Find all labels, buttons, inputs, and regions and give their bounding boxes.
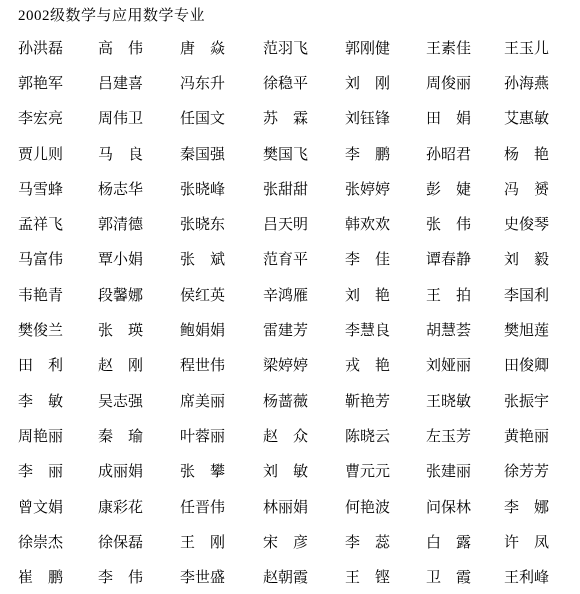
student-name: 宋 彦 <box>263 535 345 551</box>
student-name: 马 良 <box>98 147 180 163</box>
student-name: 王 拍 <box>426 288 504 304</box>
student-name: 李 鹏 <box>345 147 426 163</box>
student-name: 白 露 <box>426 535 504 551</box>
student-name: 张婷婷 <box>345 182 426 198</box>
student-name: 田 利 <box>18 358 98 374</box>
name-row: 李宏亮周伟卫任国文苏 霖刘钰锋田 娟艾惠敏 <box>18 102 580 137</box>
student-name: 彭 婕 <box>426 182 504 198</box>
student-name: 辛鸿雁 <box>263 288 345 304</box>
student-name: 王 刚 <box>180 535 263 551</box>
student-name: 问保林 <box>426 500 504 516</box>
student-name: 李 蕊 <box>345 535 426 551</box>
student-name: 杨 艳 <box>504 147 564 163</box>
student-name: 张甜甜 <box>263 182 345 198</box>
name-row: 孟祥飞郭清德张晓东吕天明韩欢欢张 伟史俊琴 <box>18 207 580 242</box>
student-name: 高 伟 <box>98 41 180 57</box>
student-name: 张 伟 <box>426 217 504 233</box>
student-name: 冯 赟 <box>504 182 564 198</box>
student-name: 任国文 <box>180 111 263 127</box>
student-name: 马雪蜂 <box>18 182 98 198</box>
student-name: 吕建喜 <box>98 76 180 92</box>
student-name: 范育平 <box>263 252 345 268</box>
student-name: 覃小娟 <box>98 252 180 268</box>
student-name: 李世盛 <box>180 570 263 586</box>
student-name: 韩欢欢 <box>345 217 426 233</box>
student-name: 郭艳军 <box>18 76 98 92</box>
student-name: 雷建芳 <box>263 323 345 339</box>
student-name: 李国利 <box>504 288 564 304</box>
student-name: 鲍娟娟 <box>180 323 263 339</box>
student-name: 李 丽 <box>18 464 98 480</box>
student-name: 杨蔷薇 <box>263 394 345 410</box>
student-name: 刘娅丽 <box>426 358 504 374</box>
student-name: 徐保磊 <box>98 535 180 551</box>
student-name: 许 凤 <box>504 535 564 551</box>
student-name: 刘 毅 <box>504 252 564 268</box>
student-name: 艾惠敏 <box>504 111 564 127</box>
student-name: 王利峰 <box>504 570 564 586</box>
student-name: 林丽娟 <box>263 500 345 516</box>
name-row: 韦艳青段馨娜侯红英辛鸿雁刘 艳王 拍李国利 <box>18 278 580 313</box>
student-name: 孟祥飞 <box>18 217 98 233</box>
student-name: 康彩花 <box>98 500 180 516</box>
student-name: 靳艳芳 <box>345 394 426 410</box>
student-name: 郭刚健 <box>345 41 426 57</box>
name-row: 郭艳军吕建喜冯东升徐稳平刘 刚周俊丽孙海燕 <box>18 66 580 101</box>
student-name: 孙海燕 <box>504 76 564 92</box>
student-name: 李 敏 <box>18 394 98 410</box>
student-name: 苏 霖 <box>263 111 345 127</box>
student-name: 孙昭君 <box>426 147 504 163</box>
name-row: 马富伟覃小娟张 斌范育平李 佳谭春静刘 毅 <box>18 243 580 278</box>
student-name: 曹元元 <box>345 464 426 480</box>
student-name: 马富伟 <box>18 252 98 268</box>
student-name: 段馨娜 <box>98 288 180 304</box>
name-row: 李 敏吴志强席美丽杨蔷薇靳艳芳王晓敏张振宇 <box>18 384 580 419</box>
student-name: 张晓东 <box>180 217 263 233</box>
student-name: 赵 众 <box>263 429 345 445</box>
student-name: 胡慧荟 <box>426 323 504 339</box>
student-name: 刘钰锋 <box>345 111 426 127</box>
student-name: 秦国强 <box>180 147 263 163</box>
student-name: 徐稳平 <box>263 76 345 92</box>
student-name: 黄艳丽 <box>504 429 564 445</box>
student-name: 冯东升 <box>180 76 263 92</box>
name-row: 李 丽成丽娟张 攀刘 敏曹元元张建丽徐芳芳 <box>18 455 580 490</box>
student-name: 李 娜 <box>504 500 564 516</box>
student-name: 樊国飞 <box>263 147 345 163</box>
student-name: 杨志华 <box>98 182 180 198</box>
student-name: 任晋伟 <box>180 500 263 516</box>
student-name: 张晓峰 <box>180 182 263 198</box>
student-name: 田 娟 <box>426 111 504 127</box>
student-name: 梁婷婷 <box>263 358 345 374</box>
student-name: 吕天明 <box>263 217 345 233</box>
student-name: 陈晓云 <box>345 429 426 445</box>
student-name: 樊俊兰 <box>18 323 98 339</box>
student-name: 周伟卫 <box>98 111 180 127</box>
student-name: 贾儿则 <box>18 147 98 163</box>
student-name: 周艳丽 <box>18 429 98 445</box>
student-name: 郭清德 <box>98 217 180 233</box>
student-name: 李 佳 <box>345 252 426 268</box>
student-name: 王玉儿 <box>504 41 564 57</box>
student-name: 侯红英 <box>180 288 263 304</box>
student-name: 王 铿 <box>345 570 426 586</box>
student-name: 何艳波 <box>345 500 426 516</box>
student-name: 崔 鹏 <box>18 570 98 586</box>
student-name: 李 伟 <box>98 570 180 586</box>
student-name: 张 攀 <box>180 464 263 480</box>
student-name: 成丽娟 <box>98 464 180 480</box>
name-row: 孙洪磊高 伟唐 焱范羽飞郭刚健王素佳王玉儿 <box>18 31 580 66</box>
student-name: 张 斌 <box>180 252 263 268</box>
name-row: 徐崇杰徐保磊王 刚宋 彦李 蕊白 露许 凤 <box>18 525 580 560</box>
student-name: 赵朝霞 <box>263 570 345 586</box>
student-name: 徐芳芳 <box>504 464 564 480</box>
student-name: 席美丽 <box>180 394 263 410</box>
name-row: 樊俊兰张 瑛鲍娟娟雷建芳李慧良胡慧荟樊旭莲 <box>18 313 580 348</box>
student-name: 张建丽 <box>426 464 504 480</box>
name-row: 崔 鹏李 伟李世盛赵朝霞王 铿卫 霞王利峰 <box>18 560 580 594</box>
student-name: 曾文娟 <box>18 500 98 516</box>
document-page: 2002级数学与应用数学专业 孙洪磊高 伟唐 焱范羽飞郭刚健王素佳王玉儿郭艳军吕… <box>0 0 580 594</box>
student-name: 徐崇杰 <box>18 535 98 551</box>
student-name: 李宏亮 <box>18 111 98 127</box>
name-grid: 孙洪磊高 伟唐 焱范羽飞郭刚健王素佳王玉儿郭艳军吕建喜冯东升徐稳平刘 刚周俊丽孙… <box>18 31 580 594</box>
student-name: 吴志强 <box>98 394 180 410</box>
student-name: 范羽飞 <box>263 41 345 57</box>
student-name: 左玉芳 <box>426 429 504 445</box>
student-name: 卫 霞 <box>426 570 504 586</box>
student-name: 刘 敏 <box>263 464 345 480</box>
student-name: 张 瑛 <box>98 323 180 339</box>
student-name: 孙洪磊 <box>18 41 98 57</box>
student-name: 程世伟 <box>180 358 263 374</box>
student-name: 韦艳青 <box>18 288 98 304</box>
student-name: 戎 艳 <box>345 358 426 374</box>
student-name: 王素佳 <box>426 41 504 57</box>
name-row: 马雪蜂杨志华张晓峰张甜甜张婷婷彭 婕冯 赟 <box>18 172 580 207</box>
student-name: 张振宇 <box>504 394 564 410</box>
student-name: 秦 瑜 <box>98 429 180 445</box>
student-name: 叶蓉丽 <box>180 429 263 445</box>
name-row: 周艳丽秦 瑜叶蓉丽赵 众陈晓云左玉芳黄艳丽 <box>18 419 580 454</box>
student-name: 唐 焱 <box>180 41 263 57</box>
student-name: 赵 刚 <box>98 358 180 374</box>
student-name: 李慧良 <box>345 323 426 339</box>
student-name: 刘 艳 <box>345 288 426 304</box>
name-row: 田 利赵 刚程世伟梁婷婷戎 艳刘娅丽田俊卿 <box>18 349 580 384</box>
student-name: 刘 刚 <box>345 76 426 92</box>
student-name: 谭春静 <box>426 252 504 268</box>
student-name: 史俊琴 <box>504 217 564 233</box>
student-name: 王晓敏 <box>426 394 504 410</box>
name-row: 曾文娟康彩花任晋伟林丽娟何艳波问保林李 娜 <box>18 490 580 525</box>
name-row: 贾儿则马 良秦国强樊国飞李 鹏孙昭君杨 艳 <box>18 137 580 172</box>
student-name: 樊旭莲 <box>504 323 564 339</box>
page-title: 2002级数学与应用数学专业 <box>18 6 580 26</box>
student-name: 周俊丽 <box>426 76 504 92</box>
student-name: 田俊卿 <box>504 358 564 374</box>
